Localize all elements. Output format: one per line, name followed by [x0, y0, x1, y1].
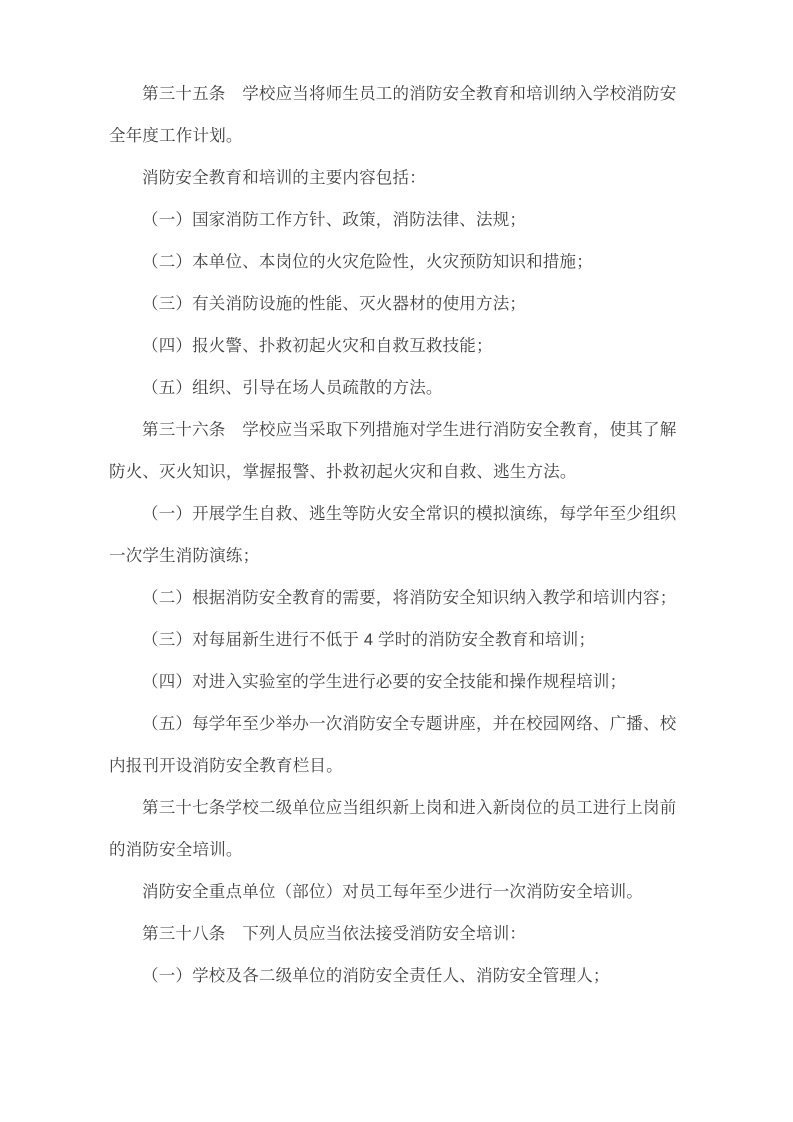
training-content-item-3: （三）有关消防设施的性能、灭火器材的使用方法； [109, 283, 681, 325]
document-body: 第三十五条 学校应当将师生员工的消防安全教育和培训纳入学校消防安全年度工作计划。… [109, 73, 681, 997]
student-education-item-3: （三）对每届新生进行不低于 4 学时的消防安全教育和培训； [109, 619, 681, 661]
key-unit-training-paragraph: 消防安全重点单位（部位）对员工每年至少进行一次消防安全培训。 [109, 871, 681, 913]
article-38-paragraph: 第三十八条 下列人员应当依法接受消防安全培训： [109, 913, 681, 955]
training-content-item-1: （一）国家消防工作方针、政策，消防法律、法规； [109, 199, 681, 241]
student-education-item-2: （二）根据消防安全教育的需要，将消防安全知识纳入教学和培训内容； [109, 577, 681, 619]
training-content-item-4: （四）报火警、扑救初起火灾和自救互救技能； [109, 325, 681, 367]
training-content-item-5: （五）组织、引导在场人员疏散的方法。 [109, 367, 681, 409]
article-37-paragraph: 第三十七条学校二级单位应当组织新上岗和进入新岗位的员工进行上岗前的消防安全培训。 [109, 787, 681, 871]
student-education-item-1: （一）开展学生自救、逃生等防火安全常识的模拟演练，每学年至少组织一次学生消防演练… [109, 493, 681, 577]
student-education-item-4: （四）对进入实验室的学生进行必要的安全技能和操作规程培训； [109, 661, 681, 703]
student-education-item-5: （五）每学年至少举办一次消防安全专题讲座，并在校园网络、广播、校内报刊开设消防安… [109, 703, 681, 787]
article-36-paragraph: 第三十六条 学校应当采取下列措施对学生进行消防安全教育，使其了解防火、灭火知识，… [109, 409, 681, 493]
document-page: 第三十五条 学校应当将师生员工的消防安全教育和培训纳入学校消防安全年度工作计划。… [0, 0, 793, 1122]
training-content-item-2: （二）本单位、本岗位的火灾危险性，火灾预防知识和措施； [109, 241, 681, 283]
training-content-intro: 消防安全教育和培训的主要内容包括： [109, 157, 681, 199]
trained-personnel-item-1: （一）学校及各二级单位的消防安全责任人、消防安全管理人； [109, 955, 681, 997]
article-35-paragraph: 第三十五条 学校应当将师生员工的消防安全教育和培训纳入学校消防安全年度工作计划。 [109, 73, 681, 157]
